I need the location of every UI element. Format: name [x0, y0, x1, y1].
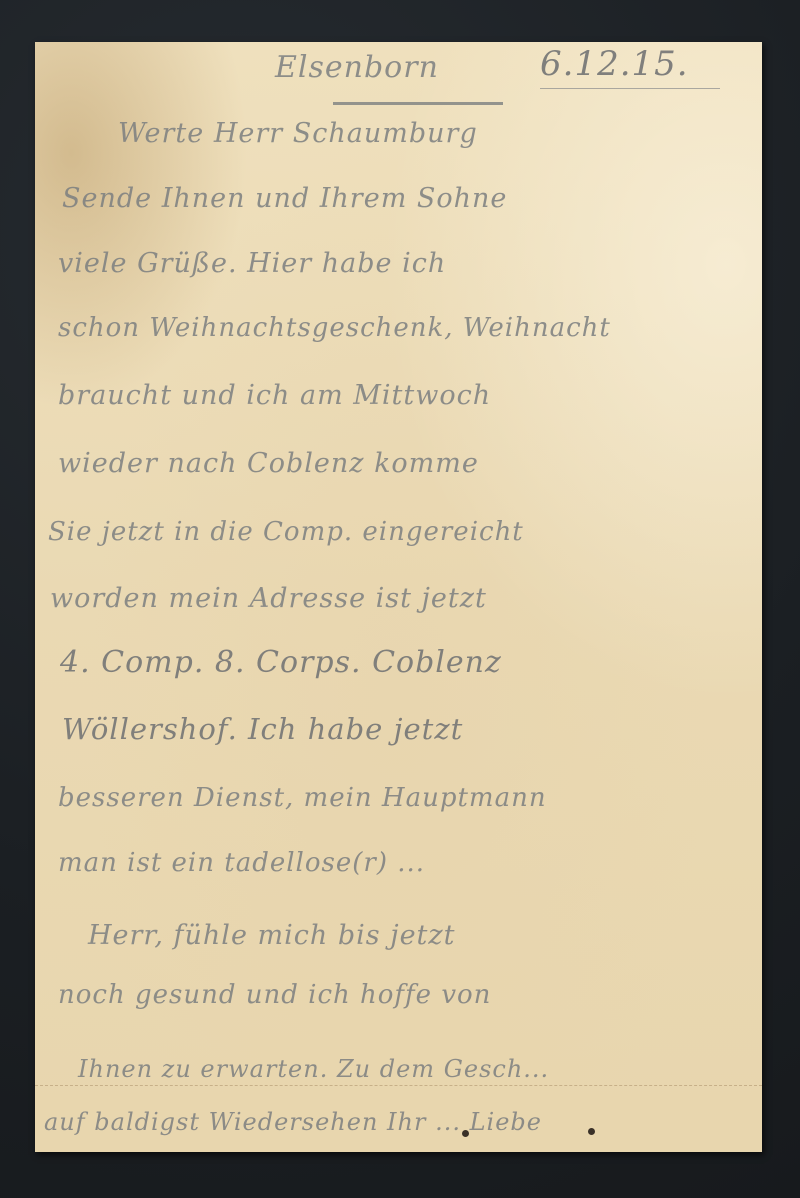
text-line-1: Werte Herr Schaumburg — [118, 118, 478, 149]
text-line-6: wieder nach Coblenz komme — [58, 448, 479, 479]
header-place: Elsenborn — [275, 50, 439, 85]
text-line-14: noch gesund und ich hoffe von — [58, 980, 491, 1010]
text-line-13: Herr, fühle mich bis jetzt — [88, 920, 455, 951]
text-line-12: man ist ein tadellose(r) ... — [58, 848, 425, 878]
date-underline — [540, 88, 720, 89]
header-underline — [333, 102, 503, 105]
text-line-5: braucht und ich am Mittwoch — [58, 380, 491, 411]
text-line-3: viele Grüße. Hier habe ich — [58, 248, 446, 279]
text-line-15: Ihnen zu erwarten. Zu dem Gesch... — [78, 1055, 549, 1083]
fold-crease — [35, 1085, 762, 1087]
header-date: 6.12.15. — [540, 44, 689, 84]
text-line-7: Sie jetzt in die Comp. eingereicht — [48, 517, 524, 547]
text-line-10: Wöllershof. Ich habe jetzt — [62, 712, 463, 746]
text-line-11: besseren Dienst, mein Hauptmann — [58, 783, 547, 813]
pin-hole — [588, 1128, 595, 1135]
text-line-9: 4. Comp. 8. Corps. Coblenz — [60, 645, 502, 680]
pin-hole — [462, 1130, 469, 1137]
text-line-8: worden mein Adresse ist jetzt — [50, 583, 487, 614]
text-line-2: Sende Ihnen und Ihrem Sohne — [62, 183, 507, 214]
text-line-4: schon Weihnachtsgeschenk, Weihnacht — [58, 313, 611, 343]
